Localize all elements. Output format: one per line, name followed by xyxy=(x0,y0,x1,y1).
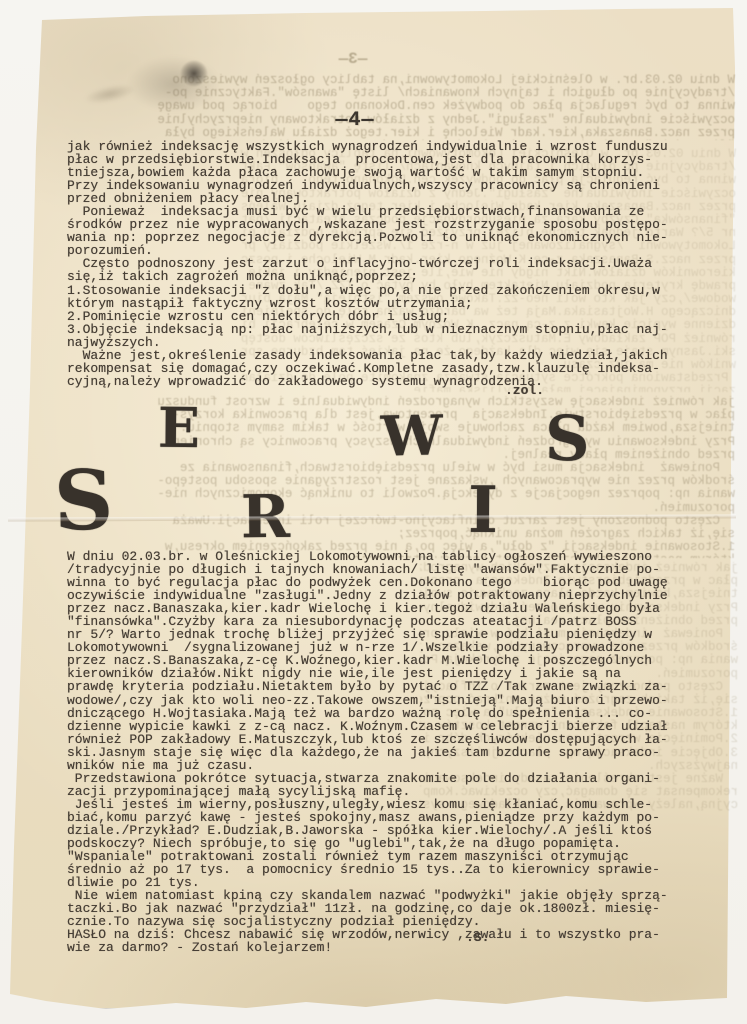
masthead-letter: S xyxy=(544,408,590,471)
typed-line: wodowe/,czy jak kto woli neo-zz.Takowe o… xyxy=(67,694,719,707)
masthead-letter: R xyxy=(241,487,291,546)
typed-line: prawdę kryteria podziału.Nietaktem było … xyxy=(67,680,719,693)
typed-line: 1.Stosowanie indeksacji "z dołu",a więc … xyxy=(67,284,715,297)
article-indexation-text: jak również indeksację wszystkich wynagr… xyxy=(67,140,715,388)
typed-line: dzienne wypicie kawki z z-cą nacz. K.Woź… xyxy=(67,720,719,733)
masthead-letter: W xyxy=(380,407,443,463)
masthead-letter: I xyxy=(468,479,498,543)
typed-line: Przedstawiona pokrótce sytuacja,stwarza … xyxy=(67,772,719,785)
typed-line: rekompensat się domagać,czy oczekiwać.Ko… xyxy=(67,362,715,375)
page-number: —4— xyxy=(300,109,410,132)
typed-line: najwyższych. xyxy=(67,336,715,349)
typed-line: cyjną,należy wprowadzić do zakładowego s… xyxy=(67,375,715,388)
typed-line: również POP zakładowy E.Matuszczyk,lub k… xyxy=(67,733,719,746)
typed-line: dniczącego H.Wojtasiaka.Mają też wa bard… xyxy=(67,707,719,720)
typed-line: którym nastąpił faktyczny wzrost kosztów… xyxy=(67,297,715,310)
scan-background: —3— W dniu 02.03.br. w Oleśnickiej Lokom… xyxy=(0,0,747,1024)
typed-line: wania np: poprzez negocjacje z dyrekcją.… xyxy=(67,231,715,244)
bleedthrough-page-number: —3— xyxy=(330,50,376,68)
article-serwis-signature: .S. xyxy=(466,930,489,945)
typed-line: Ważne jest,określenie zasady indeksowani… xyxy=(67,349,715,362)
article-indexation-signature: .zol. xyxy=(505,383,544,398)
typed-line: Jeśli jesteś im wierny,posłuszny,uległy,… xyxy=(67,798,719,811)
typed-line: wie za darmo? - Zostań kolejarzem! xyxy=(67,941,719,954)
typed-line: 2.Pominięcie wzrostu cen niektórych dóbr… xyxy=(67,310,715,323)
article-serwis-text: W dniu 02.03.br. w Oleśnickiej Lokomotyw… xyxy=(67,550,719,954)
typed-line: się,iż takich zagrożeń można uniknąć,pop… xyxy=(67,270,715,283)
typed-line: ski.Jasnym staje się więc dla każdego,że… xyxy=(67,746,719,759)
masthead-letter: E xyxy=(158,400,200,455)
masthead-letter: S xyxy=(53,459,114,542)
typed-line: 3.Objęcie indeksacją np: płac najniższyc… xyxy=(67,323,715,336)
typed-line: zacji przypominającej małą sycylijską ma… xyxy=(67,785,719,798)
typed-line: wników nie ma już czasu. xyxy=(67,759,719,772)
